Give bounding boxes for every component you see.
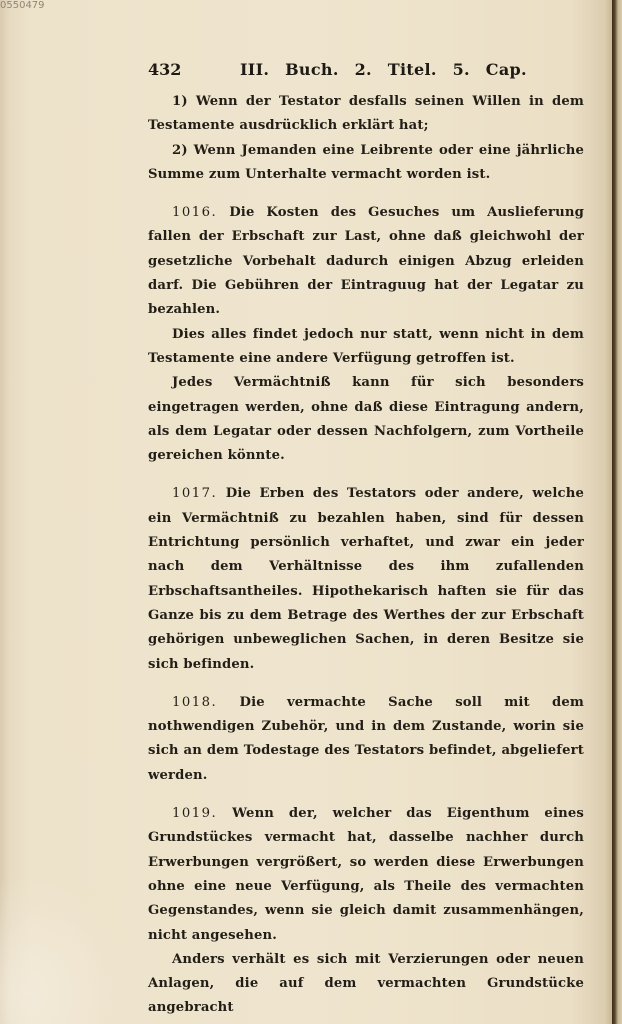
paragraph-item-9: Anders verhält es sich mit Verzierungen … [148, 948, 584, 1021]
paragraph-text: Die Erben des Testators oder andere, wel… [148, 486, 584, 671]
scan-identifier: 0550479 [0, 0, 45, 11]
paragraph-item-4: Dies alles findet jedoch nur statt, wenn… [148, 323, 584, 372]
section-number: 1018. [172, 695, 217, 710]
page-number: 432 [148, 60, 181, 79]
section-1016: 1016. Die Kosten des Gesuches um Auslief… [148, 201, 584, 322]
section-1017: 1017. Die Erben des Testators oder ander… [148, 482, 584, 676]
running-header: 432 III. Buch. 2. Titel. 5. Cap. [148, 60, 588, 86]
paragraph-text: Die Kosten des Gesuches um Auslieferung … [148, 205, 584, 317]
paragraph-text: Dies alles findet jedoch nur statt, wenn… [148, 327, 584, 366]
paragraph-text: 1) Wenn der Testator desfalls seinen Wil… [148, 94, 584, 133]
paragraph-item-5: Jedes Vermächtniß kann für sich besonder… [148, 371, 584, 468]
paragraph-text: Wenn der, welcher das Eigenthum eines Gr… [148, 806, 584, 942]
running-head-title: III. Buch. 2. Titel. 5. Cap. [240, 60, 527, 79]
paragraph-item-1: 1) Wenn der Testator desfalls seinen Wil… [148, 90, 584, 139]
section-number: 1016. [172, 205, 217, 220]
section-1018: 1018. Die vermachte Sache soll mit dem n… [148, 691, 584, 788]
book-spine-edge [612, 0, 622, 1024]
paragraph-text: Jedes Vermächtniß kann für sich besonder… [148, 375, 584, 463]
paragraph-text: Anders verhält es sich mit Verzierungen … [148, 952, 584, 1016]
paragraph-item-2: 2) Wenn Jemanden eine Leibrente oder ein… [148, 139, 584, 188]
paragraph-text: 2) Wenn Jemanden eine Leibrente oder ein… [148, 143, 584, 182]
section-1019: 1019. Wenn der, welcher das Eigenthum ei… [148, 802, 584, 948]
body-text: 1) Wenn der Testator desfalls seinen Wil… [148, 90, 584, 1021]
section-number: 1019. [172, 806, 217, 821]
section-number: 1017. [172, 486, 217, 501]
